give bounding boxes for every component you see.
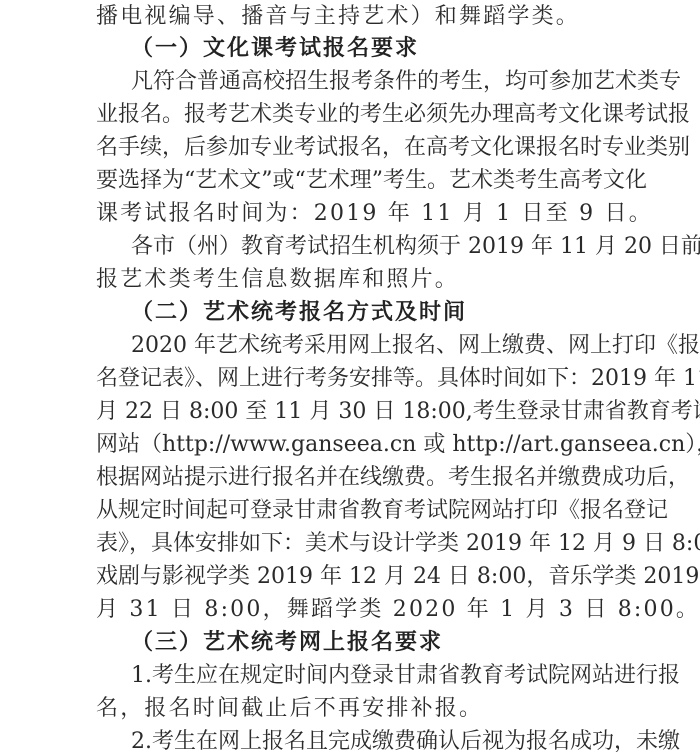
section-heading-2: （二）艺术统考报名方式及时间 bbox=[131, 296, 651, 329]
paragraph-line: 名手续，后参加专业考试报名，在高考文化课报名时专业类别 bbox=[96, 131, 606, 164]
paragraph-line: 根据网站提示进行报名并在线缴费。考生报名并缴费成功后， bbox=[96, 461, 606, 494]
paragraph-line: 戏剧与影视学类 2019 年 12 月 24 日 8:00，音乐学类 2019 … bbox=[96, 560, 606, 593]
section-heading-1: （一）文化课考试报名要求 bbox=[131, 32, 651, 65]
paragraph-line: 月 22 日 8:00 至 11 月 30 日 18:00,考生登录甘肃省教育考… bbox=[96, 395, 606, 428]
paragraph-line: 2.考生在网上报名且完成缴费确认后视为报名成功，未缴 bbox=[131, 725, 606, 752]
paragraph-line: 要选择为“艺术文”或“艺术理”考生。艺术类考生高考文化 bbox=[96, 164, 606, 197]
paragraph-line: 表》，具体安排如下：美术与设计学类 2019 年 12 月 9 日 8:00， bbox=[96, 527, 606, 560]
paragraph-line: 业报名。报考艺术类专业的考生必须先办理高考文化课考试报 bbox=[96, 98, 606, 131]
paragraph-line: 凡符合普通高校招生报考条件的考生，均可参加艺术类专 bbox=[131, 65, 606, 98]
paragraph-line: 名，报名时间截止后不再安排补报。 bbox=[96, 692, 616, 725]
paragraph-line: 各市（州）教育考试招生机构须于 2019 年 11 月 20 日前上 bbox=[131, 230, 606, 263]
paragraph-line: 课考试报名时间为：2019 年 11 月 1 日至 9 日。 bbox=[96, 197, 616, 230]
paragraph-line: 报艺术类考生信息数据库和照片。 bbox=[96, 263, 616, 296]
paragraph-line: 2020 年艺术统考采用网上报名、网上缴费、网上打印《报 bbox=[131, 329, 606, 362]
document-page: 播电视编导、播音与主持艺术）和舞蹈学类。 （一）文化课考试报名要求 凡符合普通高… bbox=[0, 0, 700, 752]
text-line-1: 播电视编导、播音与主持艺术）和舞蹈学类。 bbox=[96, 0, 616, 33]
paragraph-line: 从规定时间起可登录甘肃省教育考试院网站打印《报名登记 bbox=[96, 494, 606, 527]
paragraph-line: 名登记表》、网上进行考务安排等。具体时间如下：2019 年 11 bbox=[96, 362, 606, 395]
paragraph-line: 月 31 日 8:00，舞蹈学类 2020 年 1 月 3 日 8:00。 bbox=[96, 593, 616, 626]
paragraph-line-urls: 网站（http://www.ganseea.cn 或 http://art.ga… bbox=[96, 428, 606, 461]
section-heading-3: （三）艺术统考网上报名要求 bbox=[131, 626, 651, 659]
paragraph-line: 1.考生应在规定时间内登录甘肃省教育考试院网站进行报 bbox=[131, 659, 606, 692]
